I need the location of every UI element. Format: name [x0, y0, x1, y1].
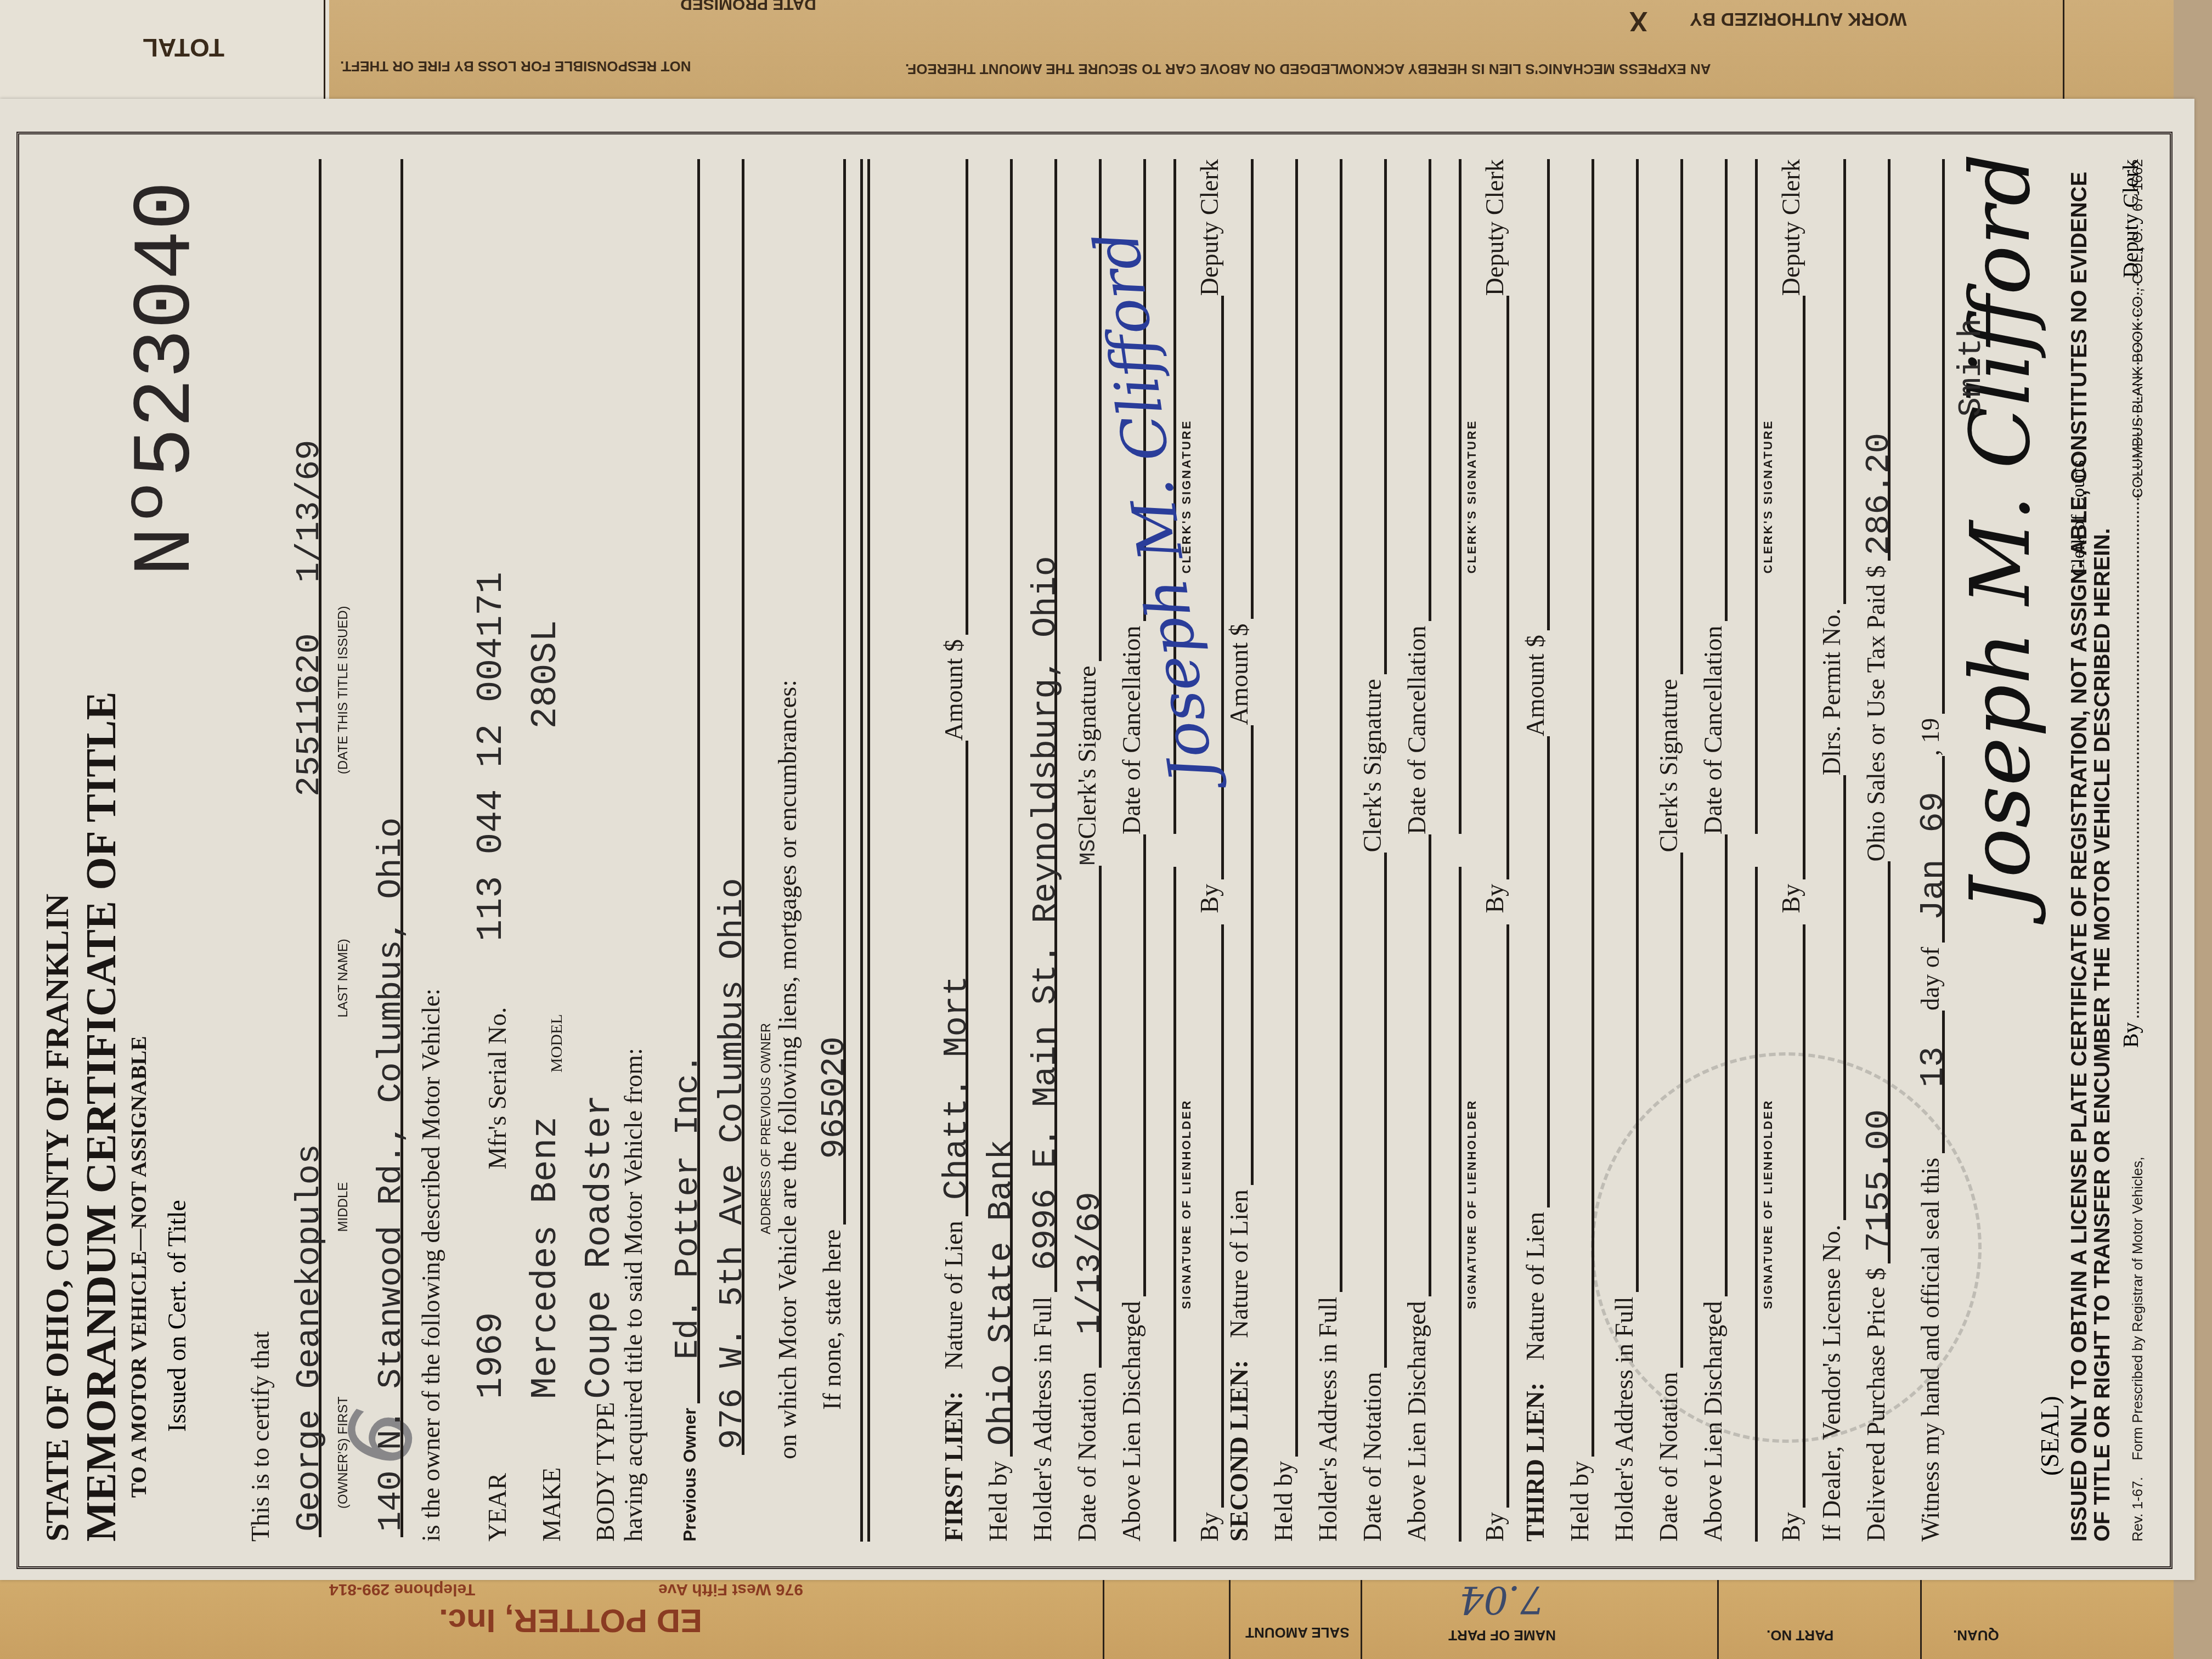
first-lien-nature-field: Chatt. Mort — [938, 741, 968, 1216]
dealer-row: If Dealer, Vendor's License No. Dlrs. Pe… — [1816, 159, 1846, 1542]
previous-owner-field: Ed. Potter Inc. — [670, 159, 700, 1403]
first-lien-sig-lienholder: SIGNATURE OF LIENHOLDER — [1173, 867, 1194, 1542]
second-lien-by2-label: By — [1481, 884, 1509, 913]
not-responsible-note: NOT RESPONSIBLE FOR LOSS BY FIRE OR THEF… — [340, 58, 691, 75]
second-lien-clerk-sig-label: Clerk's Signature — [1359, 679, 1387, 852]
name-captions: (OWNER'S) FIRST MIDDLE LAST NAME) (DATE … — [336, 159, 351, 1509]
date-promised-label: DATE PROMISED — [680, 0, 816, 13]
divider — [1361, 1575, 1362, 1659]
clerk-of-courts-signature: Joseph M. Clifford — [1953, 154, 2049, 911]
state-county: STATE OF OHIO, COUNTY OF FRANKLIN — [38, 159, 76, 1542]
third-lien-clerk-sig-field — [1653, 159, 1683, 674]
col-quan: QUAN. — [1953, 1627, 1999, 1644]
col-part-no: PART NO. — [1767, 1627, 1833, 1644]
document-title: MEMORANDUM CERTIFICATE OF TITLE — [76, 159, 126, 1542]
permit-field — [1816, 159, 1846, 604]
memorandum-certificate-of-title: 6 STATE OF OHIO, COUNTY OF FRANKLIN MEMO… — [0, 99, 2194, 1580]
year-value: 1969 — [472, 1312, 512, 1399]
certificate-number: Nº523040 — [121, 181, 214, 576]
third-lien-heading: THIRD LIEN: — [1522, 1383, 1550, 1542]
footer-printer: COLUMBUS BLANK BOOK CO., COL., O. — [2130, 228, 2145, 498]
witness-month-field: Jan 69 — [1915, 756, 1945, 943]
if-none-label: If none, state here — [819, 1229, 847, 1410]
typed-clerk-name: Smith — [1953, 318, 1990, 417]
first-lien-notation-row: Date of Notation 1/13/69 MS Clerk's Sign… — [1071, 159, 1102, 1542]
second-lien-cancellation-field — [1401, 159, 1431, 621]
first-lien-by-row: By By Deputy Clerk — [1194, 159, 1224, 1542]
second-lien-nature-field — [1223, 725, 1254, 1185]
section-divider — [860, 159, 870, 1542]
repair-order-bottom: ED POTTER, Inc. 976 West Fifth Ave Telep… — [0, 1575, 2212, 1659]
cert-no-value: 523040 — [121, 181, 214, 477]
third-lien-by-field — [1775, 924, 1805, 1508]
vehicle-section: YEAR 1969 Mfr's Serial No. 113 044 12 00… — [472, 159, 634, 1542]
third-lien-cancellation-label: Date of Cancellation — [1700, 625, 1728, 834]
acquired-row: having acquired title to said Motor Vehi… — [620, 159, 648, 1542]
second-lien-by-row: By By Deputy Clerk — [1479, 159, 1509, 1542]
owner-address: 140 N. Stanwood Rd., Columbus, Ohio — [373, 817, 410, 1532]
second-lien-cancellation-label: Date of Cancellation — [1403, 625, 1431, 834]
previous-owner-section: having acquired title to said Motor Vehi… — [620, 159, 881, 1542]
divider — [1229, 1575, 1231, 1659]
previous-owner-address: 976 W. 5th Ave Columbus Ohio — [714, 878, 751, 1449]
second-lien-amount-field — [1223, 159, 1254, 619]
witness-day-field: 13 — [1915, 1011, 1945, 1153]
first-lien-discharged-label: Above Lien Discharged — [1118, 1301, 1146, 1542]
second-lien-held-row: Held by — [1268, 159, 1298, 1542]
model-value: 280SL — [526, 620, 566, 729]
second-lien-by-label: By — [1481, 1512, 1509, 1542]
third-lien-by-row: By By Deputy Clerk — [1775, 159, 1805, 1542]
if-none-field: 965020 — [816, 159, 846, 1224]
third-lien-discharged-label: Above Lien Discharged — [1700, 1301, 1728, 1542]
third-lien-notation-field — [1653, 853, 1683, 1368]
certify-label: This is to certify that — [247, 1331, 275, 1542]
first-lien-held-by: Ohio State Bank — [983, 1139, 1020, 1446]
model-label: MODEL — [548, 1014, 566, 1073]
witness-year-field — [1915, 159, 1945, 714]
second-lien-clerk-sig-field — [1357, 159, 1387, 674]
first-lien-notation: 1/13/69 — [1071, 1192, 1109, 1334]
total-label: TOTAL — [143, 33, 224, 63]
first-lien-clerk-sig-label: Clerk's Signature — [1074, 665, 1102, 839]
owner-of-label: is the owner of the following described … — [417, 989, 445, 1542]
first-lien-held-field: Ohio State Bank — [983, 159, 1013, 1457]
company-name: ED POTTER, Inc. — [439, 1602, 702, 1640]
third-lien-amount-field — [1520, 159, 1550, 630]
third-lien-clerk-sig-caption: CLERK'S SIGNATURE — [1755, 159, 1775, 834]
year-label: YEAR — [484, 1399, 512, 1542]
third-lien-clerk-sig-label: Clerk's Signature — [1655, 679, 1683, 852]
if-none-value: 965020 — [816, 1036, 853, 1159]
footer-notice: ISSUED ONLY TO OBTAIN A LICENSE PLATE CE… — [2068, 159, 2114, 1542]
cert-of-title-no: 25511620 — [291, 633, 328, 797]
first-lien-notation-label: Date of Notation — [1074, 1372, 1102, 1542]
lien-notice: AN EXPRESS MECHANIC'S LIEN IS HEREBY ACK… — [905, 60, 1711, 77]
footer-prescribed: Form Prescribed by Registrar of Motor Ve… — [2130, 1157, 2145, 1460]
third-lien-notation-label: Date of Notation — [1655, 1372, 1683, 1542]
third-lien-by2-label: By — [1778, 884, 1805, 913]
price-label: Delivered Purchase Price $ — [1863, 1268, 1891, 1542]
second-lien-clerk-sig-caption: CLERK'S SIGNATURE — [1459, 159, 1479, 834]
first-lien-amount-field — [938, 159, 968, 635]
previous-owner-label: Previous Owner — [680, 1408, 699, 1542]
make-row: MAKE Mercedes Benz MODEL 280SL — [526, 159, 566, 1542]
witness-year-typed: 69 — [1915, 792, 1952, 832]
first-lien-nature-row: FIRST LIEN: Nature of Lien Chatt. Mort A… — [938, 159, 968, 1542]
divider — [1103, 1575, 1104, 1659]
make-value: Mercedes Benz — [526, 1116, 566, 1399]
tax-label: Ohio Sales or Use Tax Paid $ — [1863, 565, 1891, 861]
caption-first: (OWNER'S) FIRST — [336, 1396, 351, 1509]
tax-field: 286.20 — [1860, 159, 1891, 561]
third-lien-held-field — [1564, 159, 1594, 1457]
second-lien-nature-row: SECOND LIEN: Nature of Lien Amount $ — [1223, 159, 1254, 1542]
previous-owner-address-row: 976 W. 5th Ave Columbus Ohio — [714, 159, 744, 1459]
first-lien-address-row: Holder's Address in Full 6996 E. Main St… — [1027, 159, 1057, 1542]
document-wrapper: 6 STATE OF OHIO, COUNTY OF FRANKLIN MEMO… — [0, 99, 2194, 1580]
date-issued: 1/13/69 — [291, 440, 328, 583]
first-lien-deputy-label: Deputy Clerk — [1196, 159, 1224, 296]
first-lien-address-label: Holder's Address in Full — [1029, 1296, 1057, 1542]
owner-address-field: 140 N. Stanwood Rd., Columbus, Ohio — [373, 159, 403, 1537]
company-address: 976 West Fifth Ave — [658, 1580, 803, 1599]
dealer-field — [1816, 775, 1846, 1220]
third-lien-discharged-row: Above Lien Discharged Date of Cancellati… — [1697, 159, 1728, 1542]
footer-rev: Rev. 1-67. — [2130, 1477, 2145, 1542]
second-lien-notation-label: Date of Notation — [1359, 1372, 1387, 1542]
footer-form-no: 67-1662 — [2130, 159, 2145, 211]
third-lien-nature-row: THIRD LIEN: Nature of Lien Amount $ — [1520, 159, 1550, 1542]
dealer-label: If Dealer, Vendor's License No. — [1818, 1224, 1846, 1542]
body-value: Coupe Roadster — [580, 1095, 620, 1400]
handwritten-amount: 7.04 — [1459, 1577, 1545, 1622]
third-lien-by2-field — [1775, 296, 1805, 879]
first-lien-sig-captions: SIGNATURE OF LIENHOLDER CLERK'S SIGNATUR… — [1173, 159, 1194, 1542]
footer-print-line: Rev. 1-67. Form Prescribed by Registrar … — [2130, 159, 2145, 1542]
owner-name-row: George Geanekopulos 25511620 1/13/69 — [291, 159, 321, 1542]
second-lien-discharged-row: Above Lien Discharged Date of Cancellati… — [1401, 159, 1431, 1542]
sale-section: If Dealer, Vendor's License No. Dlrs. Pe… — [1816, 159, 1905, 1542]
first-lien-discharged-field — [1116, 834, 1146, 1296]
price-row: Delivered Purchase Price $ 7155.00 Ohio … — [1860, 159, 1891, 1542]
third-lien-sig-captions: SIGNATURE OF LIENHOLDER CLERK'S SIGNATUR… — [1755, 159, 1775, 1542]
second-lien-held-label: Held by — [1270, 1461, 1298, 1542]
price-field: 7155.00 — [1860, 861, 1891, 1263]
previous-owner-row: Previous Owner Ed. Potter Inc. — [670, 159, 700, 1542]
if-none-row: If none, state here 965020 — [816, 159, 846, 1410]
certify-row: This is to certify that — [247, 159, 275, 1542]
first-lien-by2-label: By — [1196, 884, 1224, 913]
first-lien-address: 6996 E. Main St. Reynoldsburg, Ohio — [1027, 556, 1064, 1270]
price-value: 7155.00 — [1860, 1109, 1898, 1252]
witness-label: Witness my hand and official seal this — [1917, 1158, 1945, 1542]
col-name-of-part: NAME OF PART — [1448, 1627, 1556, 1644]
first-lien-notation-field: 1/13/69 — [1071, 866, 1102, 1368]
second-lien-heading: SECOND LIEN: — [1226, 1360, 1254, 1542]
first-lien-by-label: By — [1196, 1512, 1224, 1542]
caption-date: (DATE THIS TITLE ISSUED) — [336, 606, 351, 774]
divider — [1717, 1575, 1719, 1659]
company-telephone: Telephone 299-814 — [329, 1580, 475, 1599]
caption-last: LAST NAME) — [336, 939, 351, 1018]
second-lien-held-field — [1268, 159, 1298, 1457]
owner-section: This is to certify that George Geanekopu… — [247, 159, 459, 1542]
third-lien-cancellation-field — [1697, 159, 1728, 621]
third-lien-sig-lienholder: SIGNATURE OF LIENHOLDER — [1755, 867, 1775, 1542]
tax-value: 286.20 — [1860, 433, 1898, 555]
serial-label: Mfr's Serial No. — [484, 1007, 512, 1170]
third-lien-discharged-field — [1697, 834, 1728, 1296]
third-lien-nature-label: Nature of Lien — [1522, 1212, 1550, 1361]
second-lien-notation-field — [1357, 853, 1387, 1368]
second-lien-amount-label: Amount $ — [1226, 623, 1254, 725]
cert-no-prefix: Nº — [121, 477, 214, 576]
second-lien-sig-lienholder: SIGNATURE OF LIENHOLDER — [1459, 867, 1479, 1542]
witness-section: Witness my hand and official seal this 1… — [1915, 159, 1959, 1542]
previous-owner-caption: ADDRESS OF PREVIOUS OWNER — [759, 159, 774, 1234]
third-lien-address-row: Holder's Address in Full — [1609, 159, 1639, 1542]
first-lien-nature: Chatt. Mort — [938, 975, 975, 1200]
second-lien-address-row: Holder's Address in Full — [1312, 159, 1342, 1542]
third-lien-address-label: Holder's Address in Full — [1611, 1296, 1639, 1542]
col-sale-amount: SALE AMOUNT — [1245, 1624, 1350, 1641]
second-lien-discharged-field — [1401, 834, 1431, 1296]
witness-month: Jan — [1915, 859, 1952, 921]
third-lien-amount-label: Amount $ — [1522, 635, 1550, 736]
second-lien-address-label: Holder's Address in Full — [1314, 1296, 1342, 1542]
document-body: STATE OF OHIO, COUNTY OF FRANKLIN MEMORA… — [38, 159, 2145, 1542]
first-lien-nature-label: Nature of Lien — [940, 1221, 968, 1369]
second-lien-by-field — [1479, 924, 1509, 1508]
owner-name-field: George Geanekopulos 25511620 1/13/69 — [291, 159, 321, 1537]
first-lien-address-field: 6996 E. Main St. Reynoldsburg, Ohio — [1027, 159, 1057, 1292]
second-lien-nature-label: Nature of Lien — [1226, 1189, 1254, 1338]
day-of-label: day of — [1917, 947, 1945, 1011]
first-lien-heading: FIRST LIEN: — [940, 1391, 968, 1542]
divider — [2063, 0, 2064, 110]
divider — [1920, 1575, 1922, 1659]
first-lien-held-label: Held by — [985, 1461, 1013, 1542]
footer: ISSUED ONLY TO OBTAIN A LICENSE PLATE CE… — [2068, 159, 2145, 1542]
witness-day: 13 — [1915, 1047, 1952, 1087]
liens-label: on which Motor Vehicle are the following… — [774, 680, 802, 1459]
owner-of-row: is the owner of the following described … — [417, 159, 445, 1542]
body-row: BODY TYPE Coupe Roadster — [580, 159, 620, 1542]
owner-name: George Geanekopulos — [291, 1144, 328, 1532]
third-lien-by-label: By — [1778, 1512, 1805, 1542]
make-label: MAKE — [538, 1399, 566, 1542]
body-label: BODY TYPE — [592, 1399, 620, 1542]
third-lien-held-label: Held by — [1566, 1461, 1594, 1542]
first-lien-by-field — [1194, 924, 1224, 1508]
third-lien-notation-row: Date of Notation Clerk's Signature — [1653, 159, 1683, 1542]
third-lien-section: THIRD LIEN: Nature of Lien Amount $ Held… — [1520, 159, 1820, 1542]
owner-address-row: 140 N. Stanwood Rd., Columbus, Ohio — [373, 159, 403, 1542]
repair-order-top: TOTAL NOT RESPONSIBLE FOR LOSS BY FIRE O… — [0, 0, 2212, 110]
witness-row: Witness my hand and official seal this 1… — [1915, 159, 1945, 1542]
divider — [324, 0, 325, 110]
previous-owner-name: Ed. Potter Inc. — [669, 1053, 707, 1359]
first-lien-section: FIRST LIEN: Nature of Lien Chatt. Mort A… — [938, 159, 1238, 1542]
third-lien-deputy-label: Deputy Clerk — [1778, 159, 1805, 296]
seal-label: (SEAL) — [2035, 1396, 2064, 1476]
second-lien-section: SECOND LIEN: Nature of Lien Amount $ Hel… — [1223, 159, 1523, 1542]
previous-owner-address-field: 976 W. 5th Ave Columbus Ohio — [714, 159, 744, 1455]
second-lien-discharged-label: Above Lien Discharged — [1403, 1301, 1431, 1542]
third-lien-nature-field — [1520, 736, 1550, 1207]
second-lien-notation-row: Date of Notation Clerk's Signature — [1357, 159, 1387, 1542]
year-row: YEAR 1969 Mfr's Serial No. 113 044 12 00… — [472, 159, 512, 1542]
acquired-label: having acquired title to said Motor Vehi… — [620, 1048, 648, 1542]
third-lien-address-field — [1609, 159, 1639, 1292]
first-lien-clerk-initials: MS — [1077, 839, 1102, 866]
permit-label: Dlrs. Permit No. — [1818, 608, 1846, 775]
first-lien-amount-label: Amount $ — [940, 639, 968, 741]
serial-value: 113 044 12 004171 — [472, 572, 512, 941]
second-lien-address-field — [1312, 159, 1342, 1292]
first-lien-held-row: Held by Ohio State Bank — [983, 159, 1013, 1542]
header: STATE OF OHIO, COUNTY OF FRANKLIN MEMORA… — [38, 159, 191, 1542]
third-lien-held-row: Held by — [1564, 159, 1594, 1542]
caption-middle: MIDDLE — [336, 1182, 351, 1232]
x-mark: X — [1629, 5, 1647, 37]
liens-row: on which Motor Vehicle are the following… — [774, 159, 802, 1459]
second-lien-sig-captions: SIGNATURE OF LIENHOLDER CLERK'S SIGNATUR… — [1459, 159, 1479, 1542]
second-lien-by2-field — [1479, 296, 1509, 879]
year-prefix: , 19 — [1917, 718, 1945, 756]
second-lien-deputy-label: Deputy Clerk — [1481, 159, 1509, 296]
work-authorized-label: WORK AUTHORIZED BY — [1690, 8, 1906, 30]
